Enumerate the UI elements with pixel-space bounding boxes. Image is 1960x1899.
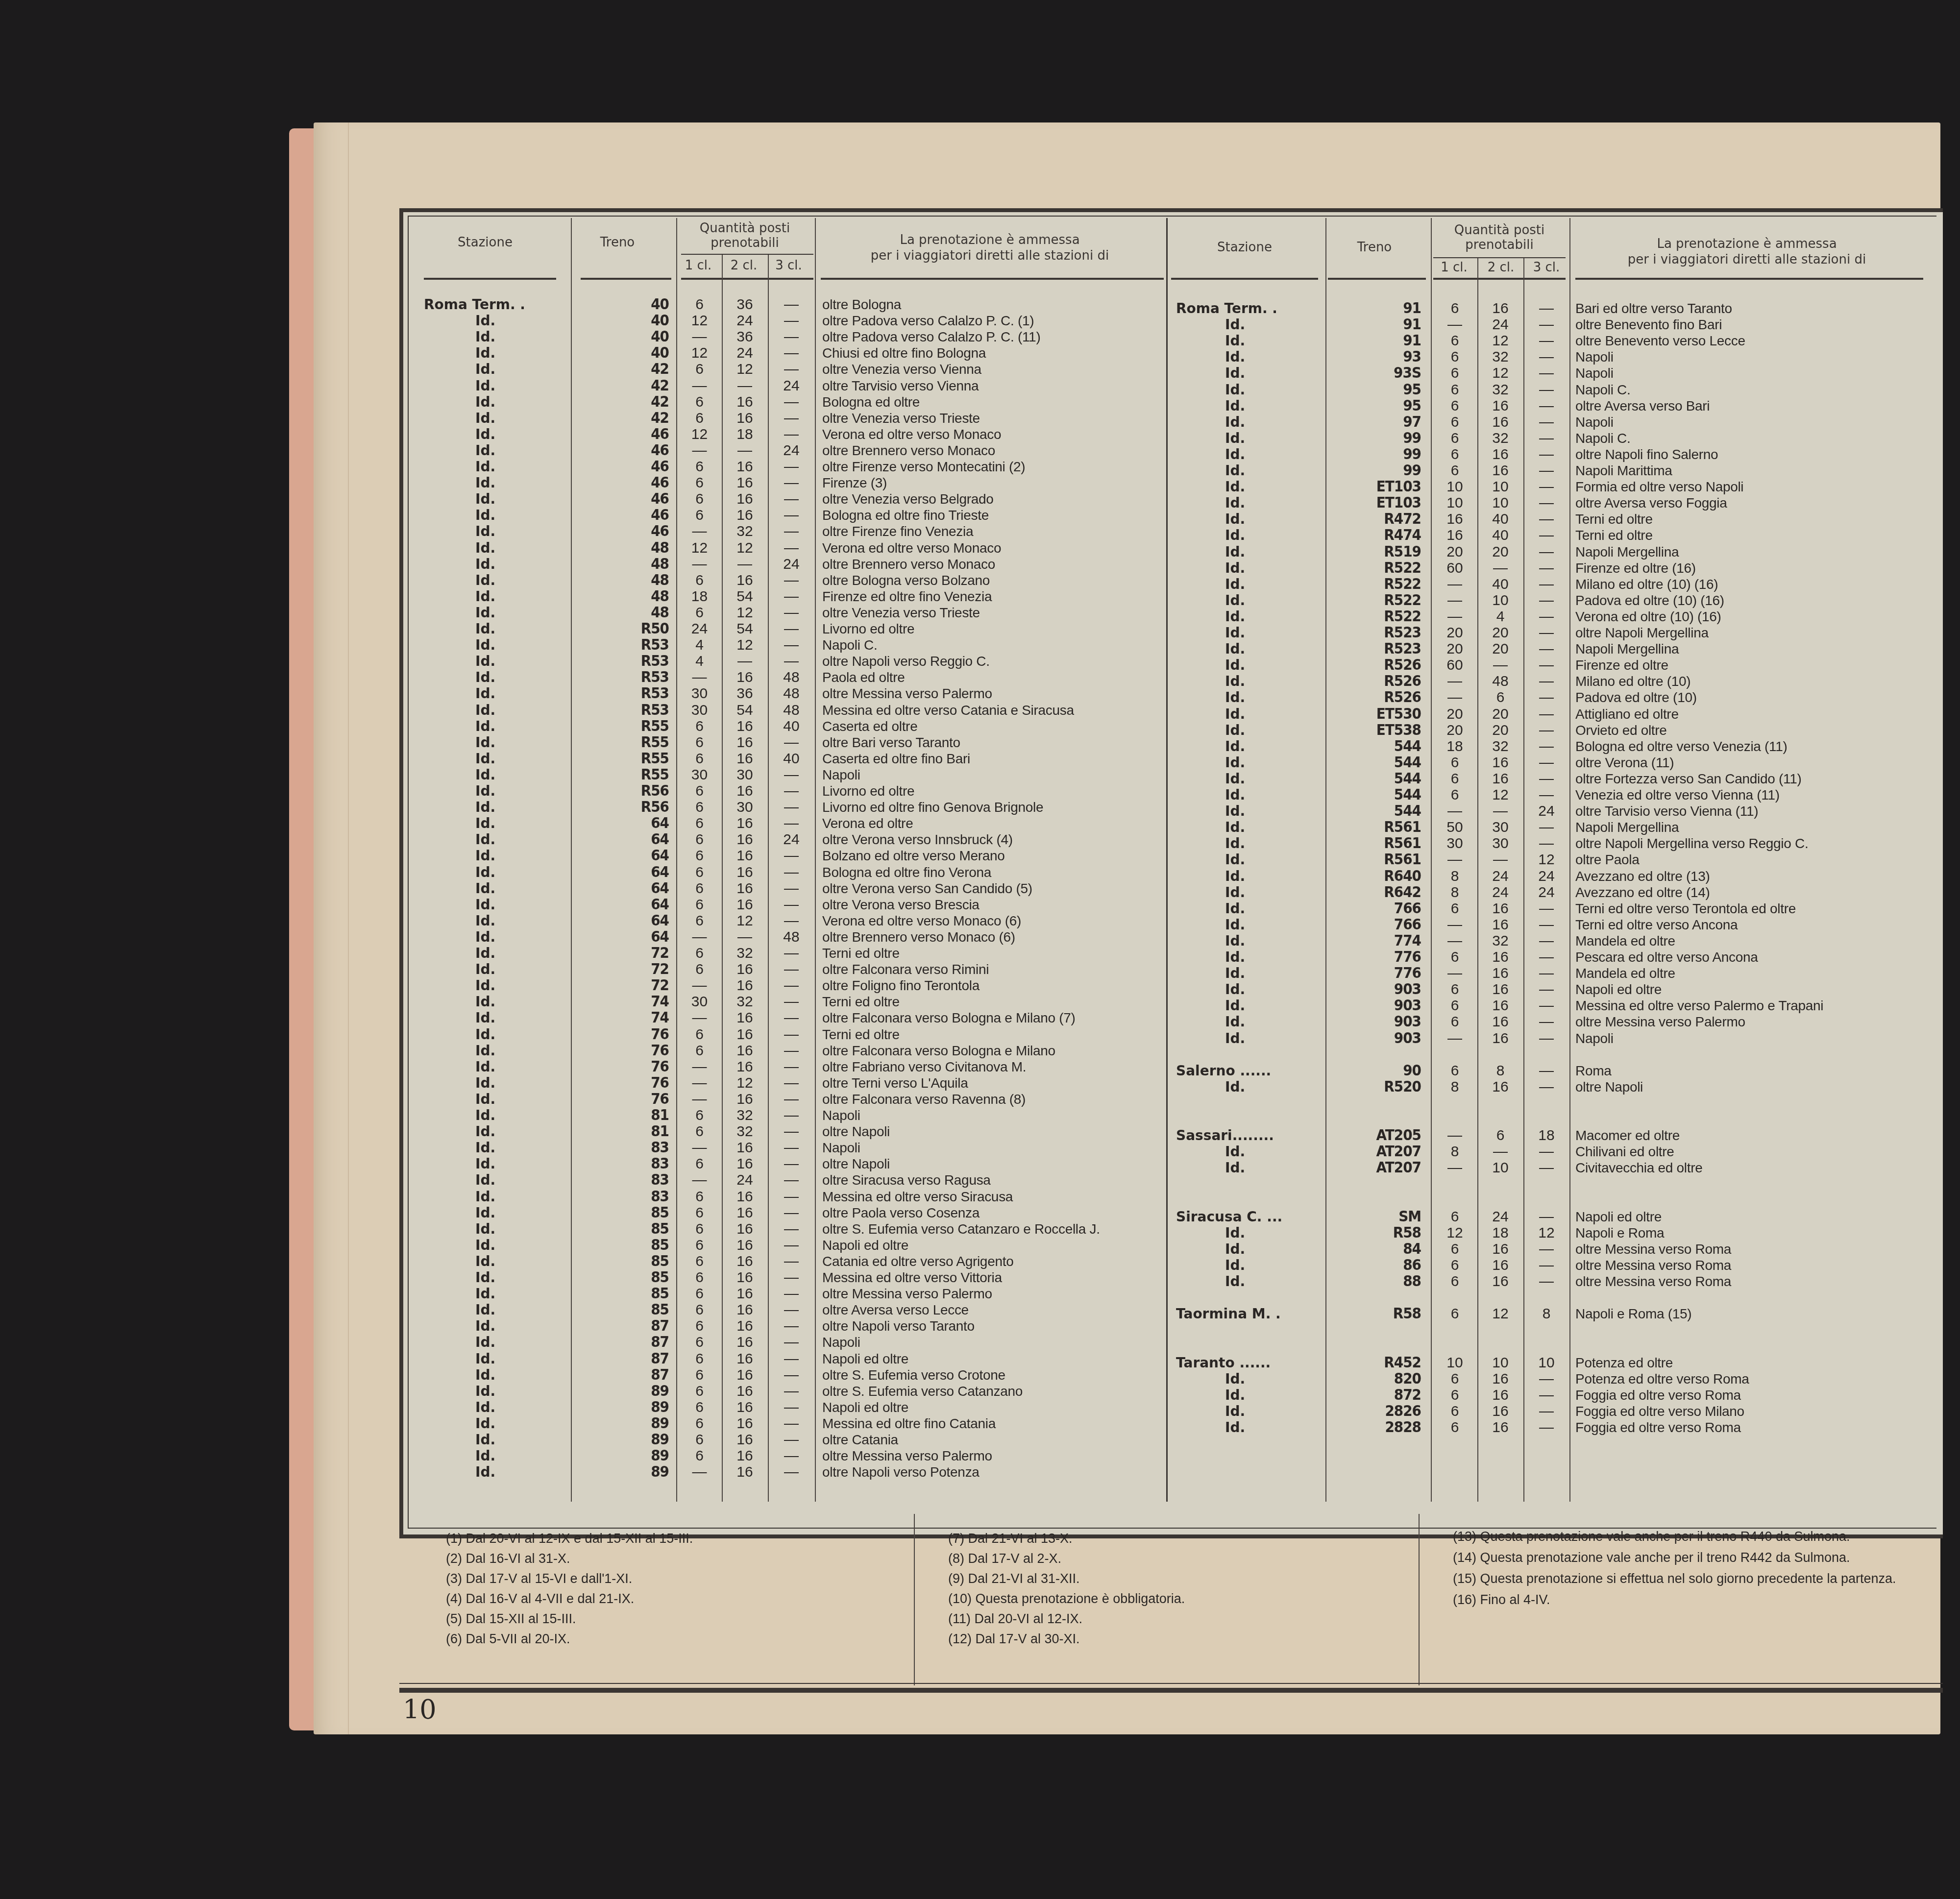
train-cell: 74 [573, 994, 669, 1010]
seats-1cl-cell: 6 [1433, 349, 1476, 365]
seats-2cl-cell: — [723, 556, 766, 572]
seats-3cl-cell: — [1525, 300, 1568, 316]
train-cell: 774 [1328, 933, 1421, 949]
seats-2cl-cell: 54 [723, 702, 766, 718]
station-cell: Id. [1225, 835, 1245, 852]
destination-cell: Napoli [822, 1140, 860, 1156]
seats-2cl-cell: 16 [1479, 755, 1522, 771]
seats-1cl-cell: 6 [679, 394, 720, 410]
seats-3cl-cell: 48 [769, 685, 813, 702]
seats-1cl-cell: 6 [1433, 755, 1476, 771]
destination-cell: oltre Messina verso Roma [1575, 1257, 1731, 1273]
train-cell: R50 [573, 621, 669, 637]
destination-cell: Napoli ed oltre [822, 1399, 908, 1415]
destination-cell: Padova ed oltre (10) [1575, 689, 1697, 706]
train-cell: 88 [1328, 1273, 1421, 1290]
header-treno: Treno [1323, 240, 1426, 255]
seats-2cl-cell: — [1479, 803, 1522, 819]
seats-3cl-cell: — [769, 1172, 813, 1188]
seats-2cl-cell: 16 [1479, 1257, 1522, 1273]
seats-2cl-cell: 32 [723, 994, 766, 1010]
station-cell: Id. [1225, 852, 1245, 868]
train-cell: 85 [573, 1253, 669, 1269]
train-cell: 87 [573, 1318, 669, 1334]
train-cell: 76 [573, 1075, 669, 1091]
destination-cell: oltre Padova verso Calalzo P. C. (11) [822, 329, 1040, 345]
footnote: (9) Dal 21-VI al 31-XII. [948, 1569, 1185, 1589]
seats-2cl-cell: 18 [723, 426, 766, 442]
seats-1cl-cell: — [679, 929, 720, 945]
seats-2cl-cell: 8 [1479, 1063, 1522, 1079]
train-cell: 64 [573, 913, 669, 929]
train-cell: 90 [1328, 1063, 1421, 1079]
train-cell: 85 [573, 1221, 669, 1237]
table-row: Id.81632—oltre Napoli [412, 1123, 1164, 1140]
train-cell: 903 [1328, 1030, 1421, 1047]
station-cell: Id. [475, 345, 495, 361]
station-cell: Id. [1225, 819, 1245, 835]
station-cell: Id. [1225, 430, 1245, 446]
table-row: Id.R56616—Livorno ed oltre [412, 783, 1164, 799]
table-row: Id.ET1031010—oltre Aversa verso Foggia [1171, 495, 1931, 511]
table-row: Id.AT2078——Chilivani ed oltre [1171, 1144, 1931, 1160]
train-cell: 76 [573, 1059, 669, 1075]
table-row: Id.83—24—oltre Siracusa verso Ragusa [412, 1172, 1164, 1188]
train-cell: ET103 [1328, 495, 1421, 511]
station-cell: Id. [475, 621, 495, 637]
destination-cell: Verona ed oltre (10) (16) [1575, 609, 1721, 625]
footnote-divider [1419, 1514, 1420, 1685]
table-row: Id.85616—oltre Messina verso Palermo [412, 1286, 1164, 1302]
seats-2cl-cell: 16 [723, 1026, 766, 1043]
destination-cell: oltre Aversa verso Lecce [822, 1302, 969, 1318]
table-row: Id.46616—Firenze (3) [412, 475, 1164, 491]
seats-1cl-cell: 6 [679, 1237, 720, 1253]
seats-3cl-cell: — [1525, 560, 1568, 576]
station-cell: Id. [475, 1205, 495, 1221]
table-row: Id.R55616—oltre Bari verso Taranto [412, 734, 1164, 751]
seats-1cl-cell: 12 [679, 313, 720, 329]
seats-1cl-cell: 6 [679, 913, 720, 929]
train-cell: 89 [573, 1399, 669, 1415]
train-cell: R520 [1328, 1079, 1421, 1095]
seats-2cl-cell: 20 [1479, 544, 1522, 560]
station-cell: Id. [475, 913, 495, 929]
destination-cell: Firenze (3) [822, 475, 887, 491]
station-cell: Id. [475, 1399, 495, 1415]
table-row: Id.R561——12oltre Paola [1171, 852, 1931, 868]
station-cell: Id. [475, 734, 495, 751]
seats-2cl-cell: 12 [723, 540, 766, 556]
destination-cell: oltre Bologna verso Bolzano [822, 572, 990, 588]
seats-1cl-cell: — [679, 1091, 720, 1107]
train-cell: R561 [1328, 852, 1421, 868]
seats-3cl-cell: — [769, 945, 813, 961]
table-row: Id.481212—Verona ed oltre verso Monaco [412, 540, 1164, 556]
train-cell: 48 [573, 540, 669, 556]
station-cell: Id. [1225, 1144, 1245, 1160]
train-cell: 95 [1328, 398, 1421, 414]
seats-3cl-cell: — [769, 540, 813, 556]
seats-1cl-cell: 6 [679, 718, 720, 734]
train-cell: 99 [1328, 446, 1421, 463]
table-row: Id.R553030—Napoli [412, 767, 1164, 783]
station-cell: Id. [1225, 609, 1245, 625]
destination-cell: Napoli C. [822, 637, 877, 653]
station-cell: Id. [475, 1059, 495, 1075]
destination-cell: Verona ed oltre verso Monaco [822, 426, 1001, 442]
table-row: Id.85616—Messina ed oltre verso Vittoria [412, 1269, 1164, 1286]
seats-2cl-cell: 16 [1479, 901, 1522, 917]
destination-cell: Attigliano ed oltre [1575, 706, 1679, 722]
seats-1cl-cell: — [679, 977, 720, 994]
seats-2cl-cell: 32 [1479, 349, 1522, 365]
destination-cell: Firenze ed oltre fino Venezia [822, 588, 992, 605]
train-cell: R519 [1328, 544, 1421, 560]
destination-cell: Napoli Mergellina [1575, 641, 1679, 657]
train-cell: 64 [573, 831, 669, 848]
destination-cell: oltre Fortezza verso San Candido (11) [1575, 771, 1802, 787]
seats-3cl-cell: — [1525, 1030, 1568, 1047]
seats-3cl-cell: — [769, 815, 813, 831]
seats-1cl-cell: 4 [679, 637, 720, 653]
seats-2cl-cell: 24 [1479, 868, 1522, 884]
station-cell: Id. [1225, 625, 1245, 641]
train-cell: R523 [1328, 641, 1421, 657]
destination-cell: Messina ed oltre verso Palermo e Trapani [1575, 998, 1823, 1014]
seats-3cl-cell: 40 [769, 751, 813, 767]
destination-cell: Napoli [822, 1334, 860, 1350]
seats-2cl-cell: 24 [1479, 316, 1522, 333]
header-3cl: 3 cl. [1524, 260, 1568, 275]
train-cell: 83 [573, 1189, 669, 1205]
seats-2cl-cell: 16 [723, 1221, 766, 1237]
train-cell: R642 [1328, 884, 1421, 901]
train-cell: SM [1328, 1209, 1421, 1225]
seats-1cl-cell: — [1433, 673, 1476, 689]
destination-cell: oltre Aversa verso Foggia [1575, 495, 1727, 511]
seats-1cl-cell: 30 [679, 702, 720, 718]
seats-2cl-cell: 16 [723, 1383, 766, 1399]
train-cell: 46 [573, 523, 669, 539]
train-cell: 87 [573, 1367, 669, 1383]
train-cell: 99 [1328, 463, 1421, 479]
seats-1cl-cell: 6 [1433, 333, 1476, 349]
seats-1cl-cell: — [1433, 576, 1476, 592]
seats-2cl-cell: 16 [1479, 949, 1522, 965]
seats-2cl-cell: 10 [1479, 1355, 1522, 1371]
train-cell: 93 [1328, 349, 1421, 365]
seats-3cl-cell: — [1525, 1241, 1568, 1257]
seats-3cl-cell: — [769, 1221, 813, 1237]
destination-cell: Napoli [822, 767, 860, 783]
destination-cell: oltre Firenze verso Montecatini (2) [822, 459, 1025, 475]
seats-2cl-cell: — [723, 929, 766, 945]
seats-2cl-cell: 16 [1479, 1030, 1522, 1047]
destination-cell: Potenza ed oltre verso Roma [1575, 1371, 1749, 1387]
footnote: (6) Dal 5-VII al 20-IX. [446, 1629, 693, 1649]
seats-3cl-cell: 48 [769, 929, 813, 945]
destination-cell: Napoli Mergellina [1575, 544, 1679, 560]
seats-2cl-cell: 32 [723, 945, 766, 961]
seats-2cl-cell: 16 [723, 1237, 766, 1253]
seats-1cl-cell: 6 [679, 1156, 720, 1172]
station-cell: Id. [475, 1043, 495, 1059]
train-cell: 46 [573, 426, 669, 442]
seats-2cl-cell: 32 [1479, 430, 1522, 446]
station-cell: Id. [1225, 1419, 1245, 1436]
station-cell: Id. [475, 1334, 495, 1350]
seats-2cl-cell: 16 [723, 897, 766, 913]
destination-cell: Napoli Marittima [1575, 463, 1672, 479]
destination-cell: oltre Napoli Mergellina verso Reggio C. [1575, 835, 1808, 852]
station-cell: Id. [475, 1383, 495, 1399]
station-cell: Id. [1225, 398, 1245, 414]
seats-1cl-cell: — [679, 523, 720, 539]
destination-cell: Terni ed oltre [822, 994, 900, 1010]
table-row: Id.76—16—oltre Fabriano verso Civitanova… [412, 1059, 1164, 1075]
destination-cell: Firenze ed oltre [1575, 657, 1668, 673]
seats-2cl-cell: 16 [723, 1269, 766, 1286]
seats-1cl-cell: 6 [679, 783, 720, 799]
seats-2cl-cell: 16 [1479, 1079, 1522, 1095]
station-cell: Id. [475, 378, 495, 394]
table-row: Id.97616—Napoli [1171, 414, 1931, 430]
seats-2cl-cell: 16 [723, 961, 766, 977]
destination-cell: oltre Napoli fino Salerno [1575, 446, 1718, 463]
table-row: Id.ET5302020—Attigliano ed oltre [1171, 706, 1931, 722]
seats-1cl-cell: 12 [679, 540, 720, 556]
seats-1cl-cell: 6 [1433, 446, 1476, 463]
table-row: Id.91—24—oltre Benevento fino Bari [1171, 316, 1931, 333]
seats-1cl-cell: 20 [1433, 706, 1476, 722]
bottom-rule-thin [399, 1683, 1943, 1684]
table-row: Id.481854—Firenze ed oltre fino Venezia [412, 588, 1164, 605]
seats-1cl-cell: 6 [679, 799, 720, 815]
seats-2cl-cell: 16 [723, 1286, 766, 1302]
train-cell: 64 [573, 929, 669, 945]
table-row: Taormina M. .R586128Napoli e Roma (15) [1171, 1306, 1931, 1322]
seats-3cl-cell: — [1525, 819, 1568, 835]
destination-cell: Padova ed oltre (10) (16) [1575, 592, 1724, 609]
seats-1cl-cell: 12 [1433, 1225, 1476, 1241]
seats-3cl-cell: — [1525, 349, 1568, 365]
station-cell: Id. [1225, 738, 1245, 755]
seats-3cl-cell: 10 [1525, 1355, 1568, 1371]
seats-2cl-cell: 32 [723, 1123, 766, 1140]
footnote: (16) Fino al 4-IV. [1453, 1592, 1911, 1608]
destination-cell: oltre Napoli Mergellina [1575, 625, 1709, 641]
seats-3cl-cell: — [1525, 609, 1568, 625]
seats-3cl-cell: — [1525, 625, 1568, 641]
train-cell: 81 [573, 1107, 669, 1123]
seats-3cl-cell: — [1525, 527, 1568, 543]
destination-cell: Formia ed oltre verso Napoli [1575, 479, 1743, 495]
seats-3cl-cell: — [769, 1237, 813, 1253]
station-cell: Id. [475, 556, 495, 572]
seats-3cl-cell: — [769, 1383, 813, 1399]
seats-1cl-cell: 60 [1433, 560, 1476, 576]
station-cell: Id. [1225, 1403, 1245, 1419]
destination-cell: Bari ed oltre verso Taranto [1575, 300, 1732, 316]
table-row: Id.87616—Napoli ed oltre [412, 1351, 1164, 1367]
seats-3cl-cell: — [1525, 965, 1568, 981]
seats-3cl-cell: — [1525, 1257, 1568, 1273]
table-row: Id.46616—oltre Venezia verso Belgrado [412, 491, 1164, 507]
train-cell: R58 [1328, 1225, 1421, 1241]
seats-1cl-cell: — [679, 1172, 720, 1188]
seats-2cl-cell: 16 [723, 1464, 766, 1480]
table-row: Id.85616—Catania ed oltre verso Agrigent… [412, 1253, 1164, 1269]
table-row: Id.544——24oltre Tarvisio verso Vienna (1… [1171, 803, 1931, 819]
table-row: Id.544616—oltre Fortezza verso San Candi… [1171, 771, 1931, 787]
seats-2cl-cell: 16 [723, 1140, 766, 1156]
table-row: Id.93632—Napoli [1171, 349, 1931, 365]
table-row: Id.R502454—Livorno ed oltre [412, 621, 1164, 637]
table-row: Id.R5232020—oltre Napoli Mergellina [1171, 625, 1931, 641]
seats-2cl-cell: 36 [723, 296, 766, 313]
destination-cell: oltre Verona (11) [1575, 755, 1674, 771]
table-row: Id.872616—Foggia ed oltre verso Roma [1171, 1387, 1931, 1403]
seats-2cl-cell: 20 [1479, 722, 1522, 738]
train-cell: 48 [573, 605, 669, 621]
train-cell: 85 [573, 1205, 669, 1221]
station-cell: Id. [1225, 755, 1245, 771]
seats-3cl-cell: — [769, 1156, 813, 1172]
train-cell: 85 [573, 1286, 669, 1302]
station-cell: Id. [475, 929, 495, 945]
train-cell: R474 [1328, 527, 1421, 543]
seats-3cl-cell: 24 [769, 442, 813, 459]
seats-2cl-cell: 30 [723, 799, 766, 815]
station-cell: Id. [475, 523, 495, 539]
seats-1cl-cell: 6 [1433, 430, 1476, 446]
train-cell: 91 [1328, 316, 1421, 333]
seats-3cl-cell: — [1525, 1209, 1568, 1225]
train-cell: AT207 [1328, 1144, 1421, 1160]
seats-2cl-cell: 32 [723, 1107, 766, 1123]
seats-1cl-cell: 18 [679, 588, 720, 605]
seats-1cl-cell: — [679, 378, 720, 394]
seats-3cl-cell: 24 [769, 378, 813, 394]
train-cell: ET530 [1328, 706, 1421, 722]
train-cell: 72 [573, 961, 669, 977]
seats-1cl-cell: 6 [1433, 463, 1476, 479]
station-cell: Id. [475, 669, 495, 685]
train-cell: 85 [573, 1237, 669, 1253]
station-cell: Taranto ...... [1176, 1355, 1271, 1371]
station-cell: Id. [475, 605, 495, 621]
station-cell: Id. [1225, 495, 1245, 511]
train-cell: 42 [573, 410, 669, 426]
seats-2cl-cell: — [1479, 1144, 1522, 1160]
station-cell: Id. [1225, 349, 1245, 365]
seats-1cl-cell: 6 [1433, 382, 1476, 398]
station-cell: Id. [1225, 365, 1245, 381]
seats-3cl-cell: — [1525, 1419, 1568, 1436]
table-row: Id.42——24oltre Tarvisio verso Vienna [412, 378, 1164, 394]
destination-cell: Milano ed oltre (10) (16) [1575, 576, 1718, 592]
station-cell: Id. [475, 685, 495, 702]
seats-2cl-cell: 16 [723, 507, 766, 523]
seats-1cl-cell: — [1433, 1127, 1476, 1144]
seats-1cl-cell: 6 [679, 1253, 720, 1269]
seats-1cl-cell: 6 [679, 572, 720, 588]
seats-2cl-cell: 16 [1479, 998, 1522, 1014]
seats-1cl-cell: 6 [679, 296, 720, 313]
seats-2cl-cell: 12 [723, 913, 766, 929]
seats-2cl-cell: 16 [1479, 463, 1522, 479]
station-cell: Id. [475, 1075, 495, 1091]
header-treno: Treno [568, 235, 666, 250]
seats-3cl-cell: — [769, 1010, 813, 1026]
header-stazione: Stazione [412, 235, 559, 250]
seats-2cl-cell: — [1479, 852, 1522, 868]
seats-2cl-cell: 30 [1479, 835, 1522, 852]
seats-1cl-cell: — [1433, 852, 1476, 868]
seats-3cl-cell: — [1525, 771, 1568, 787]
seats-3cl-cell: — [1525, 333, 1568, 349]
destination-cell: oltre Bologna [822, 296, 901, 313]
train-cell: 46 [573, 475, 669, 491]
station-cell: Id. [1225, 463, 1245, 479]
seats-2cl-cell: — [723, 653, 766, 669]
table-row: Id.R52260——Firenze ed oltre (16) [1171, 560, 1931, 576]
table-row: Id.40—36—oltre Padova verso Calalzo P. C… [412, 329, 1164, 345]
footnote: (7) Dal 21-VI al 13-X. [948, 1529, 1185, 1549]
destination-cell: oltre Venezia verso Trieste [822, 605, 980, 621]
seats-3cl-cell: — [769, 1318, 813, 1334]
table-row: Id.72616—oltre Falconara verso Rimini [412, 961, 1164, 977]
destination-cell: Napoli ed oltre [822, 1351, 908, 1367]
station-cell: Roma Term. . [424, 296, 525, 313]
seats-1cl-cell: 6 [679, 880, 720, 897]
header-quantita-2: prenotabili [676, 236, 813, 250]
table-row: Id.64616—oltre Verona verso Brescia [412, 897, 1164, 913]
seats-2cl-cell: 16 [723, 783, 766, 799]
destination-cell: oltre Messina verso Palermo [1575, 1014, 1745, 1030]
seats-1cl-cell: — [1433, 592, 1476, 609]
seats-1cl-cell: 6 [679, 410, 720, 426]
header-prenotazione-2: per i viaggiatori diretti alle stazioni … [818, 248, 1161, 263]
seats-1cl-cell: 6 [1433, 300, 1476, 316]
train-cell: 89 [573, 1415, 669, 1432]
seats-1cl-cell: 6 [679, 1107, 720, 1123]
seats-2cl-cell: 16 [723, 1351, 766, 1367]
seats-1cl-cell: 6 [679, 1043, 720, 1059]
seats-3cl-cell: — [1525, 689, 1568, 706]
seats-3cl-cell: — [1525, 316, 1568, 333]
train-cell: R55 [573, 734, 669, 751]
seats-3cl-cell: — [1525, 398, 1568, 414]
train-cell: 776 [1328, 949, 1421, 965]
station-cell: Id. [475, 1367, 495, 1383]
seats-3cl-cell: — [769, 1075, 813, 1091]
station-cell: Id. [1225, 1387, 1245, 1403]
seats-1cl-cell: 6 [679, 605, 720, 621]
seats-1cl-cell: 6 [679, 507, 720, 523]
seats-1cl-cell: 10 [1433, 1355, 1476, 1371]
table-row: Id.ET1031010—Formia ed oltre verso Napol… [1171, 479, 1931, 495]
seats-3cl-cell: — [769, 1432, 813, 1448]
destination-cell: Terni ed oltre [1575, 527, 1653, 543]
table-row: Id.903—16—Napoli [1171, 1030, 1931, 1047]
seats-3cl-cell: — [1525, 933, 1568, 949]
table-row: Id.903616—Messina ed oltre verso Palermo… [1171, 998, 1931, 1014]
destination-cell: Bologna ed oltre fino Trieste [822, 507, 989, 523]
station-cell: Id. [475, 1286, 495, 1302]
train-cell: 903 [1328, 1014, 1421, 1030]
